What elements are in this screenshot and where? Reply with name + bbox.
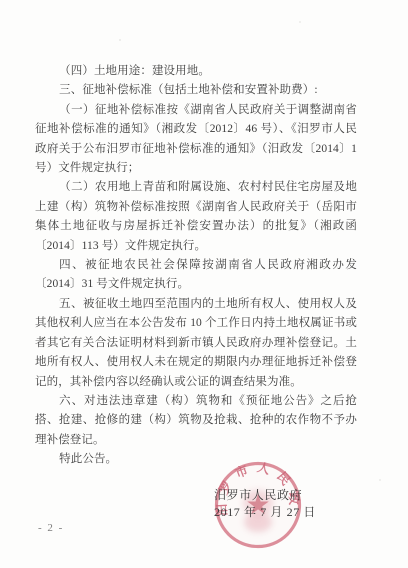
paragraph: （一）征地补偿标准按《湖南省人民政府关于调整湖南省征地补偿标准的通知》（湘政发〔… bbox=[35, 101, 357, 179]
signature-issuer: 汨罗市人民政府 bbox=[214, 487, 316, 504]
paragraph: （四）土地用途：建设用地。 bbox=[35, 62, 357, 81]
signature-block: 汨罗市人民政府 2017 年 7 月 27 日 bbox=[214, 487, 316, 520]
paragraph: 三、征地补偿标准（包括土地补偿和安置补助费）: bbox=[35, 81, 357, 100]
page-number: - 2 - bbox=[38, 522, 64, 534]
signature-date: 2017 年 7 月 27 日 bbox=[214, 504, 316, 521]
paragraph: 六、对违法违章建（构）筑物和《预征地公告》之后抢搭、抢建、抢修的建（构）筑物及抢… bbox=[35, 392, 357, 450]
document-page: （四）土地用途：建设用地。 三、征地补偿标准（包括土地补偿和安置补助费）: （一… bbox=[0, 0, 408, 568]
paragraph: 五、被征收土地四至范围内的土地所有权人、使用权人及其他权利人应当在本公告发布 1… bbox=[35, 295, 357, 392]
announcement-body: （四）土地用途：建设用地。 三、征地补偿标准（包括土地补偿和安置补助费）: （一… bbox=[35, 62, 357, 470]
paragraph: 特此公告。 bbox=[35, 450, 357, 469]
paragraph: （二）农用地上青苗和附属设施、农村村民住宅房屋及地上建（构）筑物补偿标准按照《湖… bbox=[35, 178, 357, 256]
paragraph: 四、被征地农民社会保障按湖南省人民政府湘政办发〔2014〕31 号文件规定执行。 bbox=[35, 256, 357, 295]
